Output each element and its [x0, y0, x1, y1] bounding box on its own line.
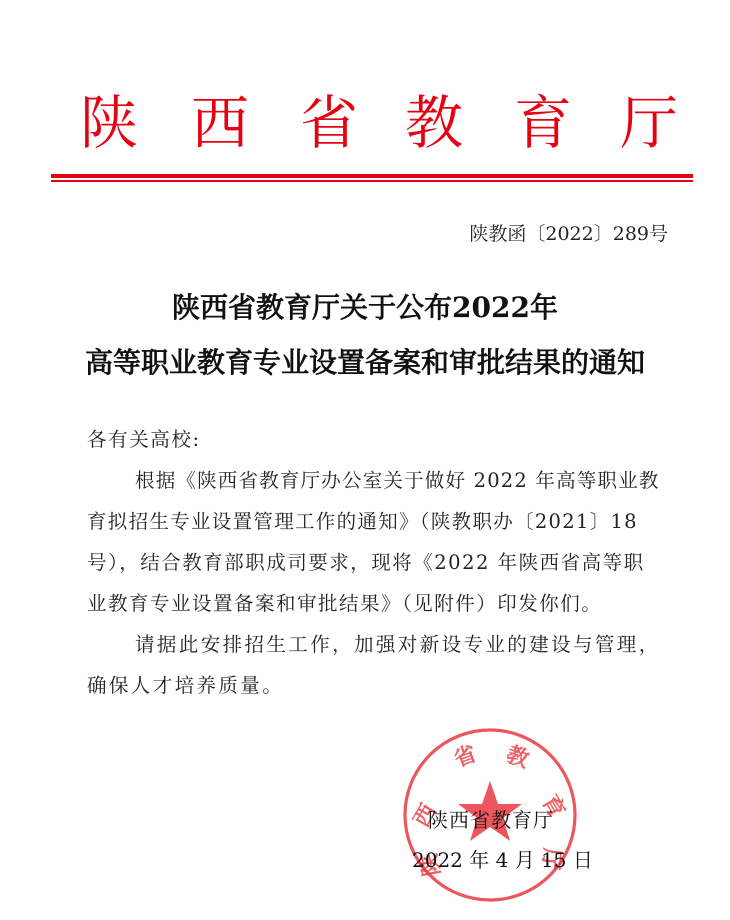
signature-date: 2022 年 4 月 15 日	[412, 846, 593, 874]
masthead-char: 教	[405, 88, 463, 158]
document-title-line-2: 高等职业教育专业设置备案和审批结果的通知	[0, 343, 730, 383]
masthead: 陕 西 省 教 育 厅	[0, 88, 730, 158]
svg-text:教: 教	[503, 741, 534, 773]
document-title-line-1: 陕西省教育厅关于公布2022年	[0, 288, 730, 328]
masthead-char: 陕	[80, 88, 138, 158]
body-paragraph-2-line-1: 请据此安排招生工作，加强对新设专业的建设与管理，	[135, 631, 661, 659]
body-paragraph-1-line-4: 业教育专业设置备案和审批结果》（见附件）印发你们。	[87, 590, 602, 618]
header-rule-thin	[51, 180, 693, 182]
body-paragraph-1-line-2: 育拟招生专业设置管理工作的通知》（陕教职办〔2021〕18	[87, 508, 638, 536]
body-paragraph-1-line-1: 根据《陕西省教育厅办公室关于做好 2022 年高等职业教	[135, 467, 660, 495]
document-number: 陕教函〔2022〕289号	[469, 220, 668, 248]
masthead-char: 省	[300, 88, 358, 158]
signature-organization: 陕西省教育厅	[428, 806, 554, 834]
svg-text:省: 省	[450, 741, 480, 773]
masthead-char: 西	[191, 88, 249, 158]
masthead-char: 厅	[620, 88, 678, 158]
body-paragraph-1-line-3: 号），结合教育部职成司要求，现将《2022 年陕西省高等职	[87, 549, 645, 577]
salutation: 各有关高校:	[87, 426, 201, 454]
body-paragraph-2-line-2: 确保人才培养质量。	[87, 672, 284, 700]
header-rule-thick	[51, 174, 693, 178]
masthead-char: 育	[514, 88, 572, 158]
